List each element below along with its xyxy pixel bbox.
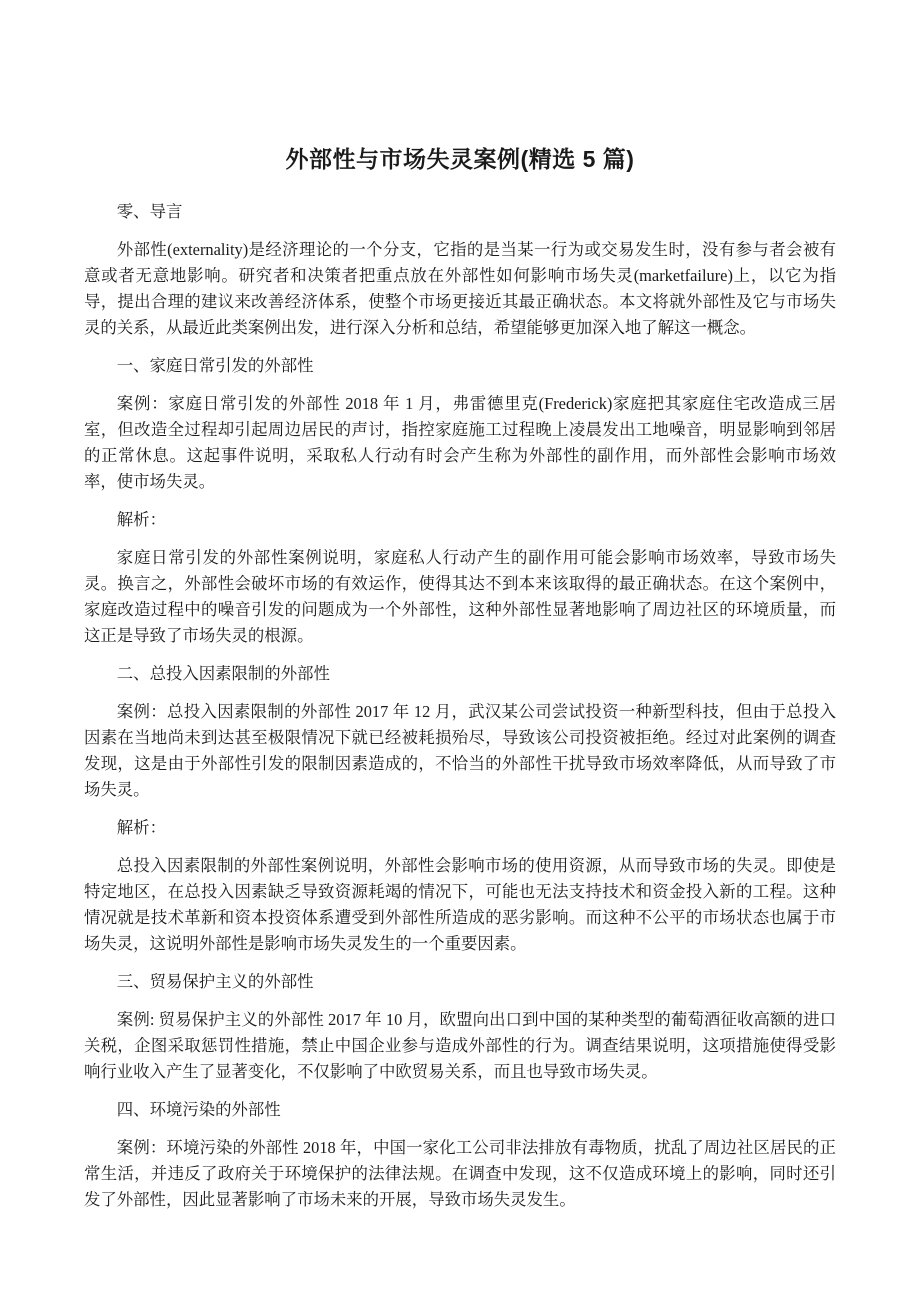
analysis-paragraph-2: 总投入因素限制的外部性案例说明，外部性会影响市场的使用资源，从而导致市场的失灵。…	[84, 853, 836, 957]
analysis-label-1: 解析：	[84, 507, 836, 533]
section-heading-1: 一、家庭日常引发的外部性	[84, 353, 836, 379]
case-paragraph-4: 案例：环境污染的外部性 2018 年，中国一家化工公司非法排放有毒物质，扰乱了周…	[84, 1135, 836, 1213]
section-heading-2: 二、总投入因素限制的外部性	[84, 661, 836, 687]
case-paragraph-1: 案例：家庭日常引发的外部性 2018 年 1 月，弗雷德里克(Frederick…	[84, 391, 836, 495]
section-heading-4: 四、环境污染的外部性	[84, 1097, 836, 1123]
preface-paragraph: 外部性(externality)是经济理论的一个分支，它指的是当某一行为或交易发…	[84, 237, 836, 341]
document-page: 外部性与市场失灵案例(精选 5 篇) 零、导言 外部性(externality)…	[0, 0, 920, 1301]
case-paragraph-3: 案例: 贸易保护主义的外部性 2017 年 10 月，欧盟向出口到中国的某种类型…	[84, 1007, 836, 1085]
analysis-label-2: 解析：	[84, 815, 836, 841]
section-heading-3: 三、贸易保护主义的外部性	[84, 969, 836, 995]
section-heading-preface: 零、导言	[84, 199, 836, 225]
case-paragraph-2: 案例：总投入因素限制的外部性 2017 年 12 月，武汉某公司尝试投资一种新型…	[84, 699, 836, 803]
analysis-paragraph-1: 家庭日常引发的外部性案例说明，家庭私人行动产生的副作用可能会影响市场效率，导致市…	[84, 545, 836, 649]
document-title: 外部性与市场失灵案例(精选 5 篇)	[84, 144, 836, 174]
